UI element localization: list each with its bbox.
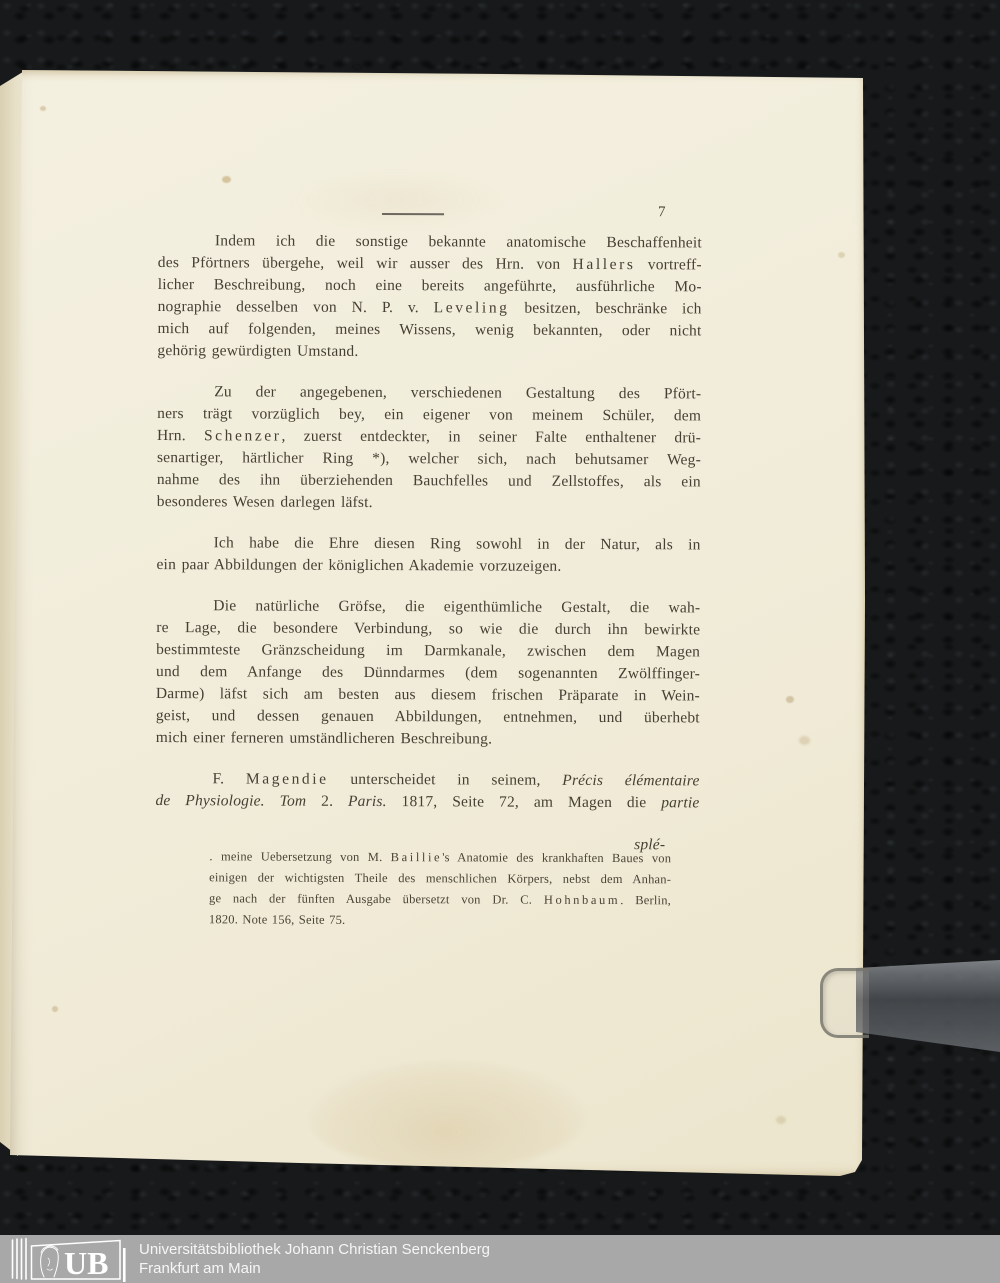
text-line: mich auf folgenden, meines Wissens, weni… (157, 318, 701, 342)
book-page: 7 Indem ich die sonstige bekannte anatom… (6, 70, 868, 1180)
logo-divider (123, 1248, 126, 1282)
text-line: senartiger, härtlicher Ring *), welcher … (157, 447, 701, 471)
library-name-line2: Frankfurt am Main (139, 1259, 490, 1278)
goethe-portrait-icon (41, 1246, 59, 1277)
page-clip-icon[interactable] (820, 968, 869, 1038)
book-spines-icon (13, 1239, 27, 1280)
text-line: nahme des ihn überziehenden Bauchfelles … (157, 469, 701, 493)
text-line: Die natürliche Gröfse, die eigenthümlich… (156, 595, 700, 619)
paragraph: Ich habe die Ehre diesen Ring sowohl in … (156, 532, 700, 578)
page-text: Indem ich die sonstige bekannte anatomis… (155, 230, 702, 857)
text-line: ge nach der fünften Ausgabe übersetzt vo… (209, 888, 671, 911)
text-line: Zu der angegebenen, verschiedenen Gestal… (157, 381, 701, 405)
text-line: de Physiologie. Tom 2. Paris. 1817, Seit… (155, 790, 699, 814)
text-line: *) S. meine Uebersetzung von M. Baillie'… (209, 846, 671, 869)
text-line: F. Magendie unterscheidet in seinem, Pré… (156, 768, 700, 792)
text-line: ners trägt vorzüglich bey, ein eigener v… (157, 403, 701, 427)
text-line: re Lage, die besondere Verbindung, so wi… (156, 617, 700, 641)
book-scan: 7 Indem ich die sonstige bekannte anatom… (0, 0, 1000, 1283)
page-number: 7 (658, 204, 666, 221)
paragraph: Zu der angegebenen, verschiedenen Gestal… (157, 381, 702, 515)
text-line: bestimmteste Gränzscheidung im Darmkanal… (156, 639, 700, 663)
library-name: Universitätsbibliothek Johann Christian … (139, 1240, 490, 1278)
library-banner: UB Universitätsbibliothek Johann Christi… (0, 1235, 1000, 1283)
library-name-line1: Universitätsbibliothek Johann Christian … (139, 1240, 490, 1259)
library-logo: UB (10, 1236, 130, 1282)
text-line: geist, und dessen genauen Abbildungen, e… (156, 705, 700, 729)
section-rule (382, 213, 444, 215)
text-line: Darme) läfst sich am besten aus diesem f… (156, 683, 700, 707)
text-line: besonderes Wesen darlegen läfst. (157, 491, 701, 515)
text-line: gehörig gewürdigten Umstand. (157, 340, 701, 364)
paragraph: Die natürliche Gröfse, die eigenthümlich… (156, 595, 701, 751)
text-line: Ich habe die Ehre diesen Ring sowohl in … (157, 532, 701, 556)
text-line: licher Beschreibung, noch eine bereits a… (158, 274, 702, 298)
paragraph: F. Magendie unterscheidet in seinem, Pré… (155, 768, 699, 814)
paragraph: Indem ich die sonstige bekannte anatomis… (157, 230, 702, 364)
text-line: und dem Anfange des Dünndarmes (dem soge… (156, 661, 700, 685)
text-line: einigen der wichtigsten Theile des mensc… (209, 867, 671, 890)
page-clip-arm[interactable] (856, 956, 1000, 1054)
text-line: Hrn. Schenzer, zuerst entdeckter, in sei… (157, 425, 701, 449)
text-line: 1820. Note 156, Seite 75. (209, 909, 671, 932)
page-content: 7 Indem ich die sonstige bekannte anatom… (2, 69, 869, 1183)
footnote: *) S. meine Uebersetzung von M. Baillie'… (183, 846, 671, 932)
text-line: ein paar Abbildungen der königlichen Aka… (156, 554, 700, 578)
text-line: mich einer ferneren umständlicheren Besc… (156, 727, 700, 751)
text-line: des Pförtners übergehe, weil wir ausser … (158, 252, 702, 276)
text-line: Indem ich die sonstige bekannte anatomis… (158, 230, 702, 254)
text-line: nographie desselben von N. P. v. Levelin… (158, 296, 702, 320)
logo-ub-text: UB (64, 1245, 108, 1281)
